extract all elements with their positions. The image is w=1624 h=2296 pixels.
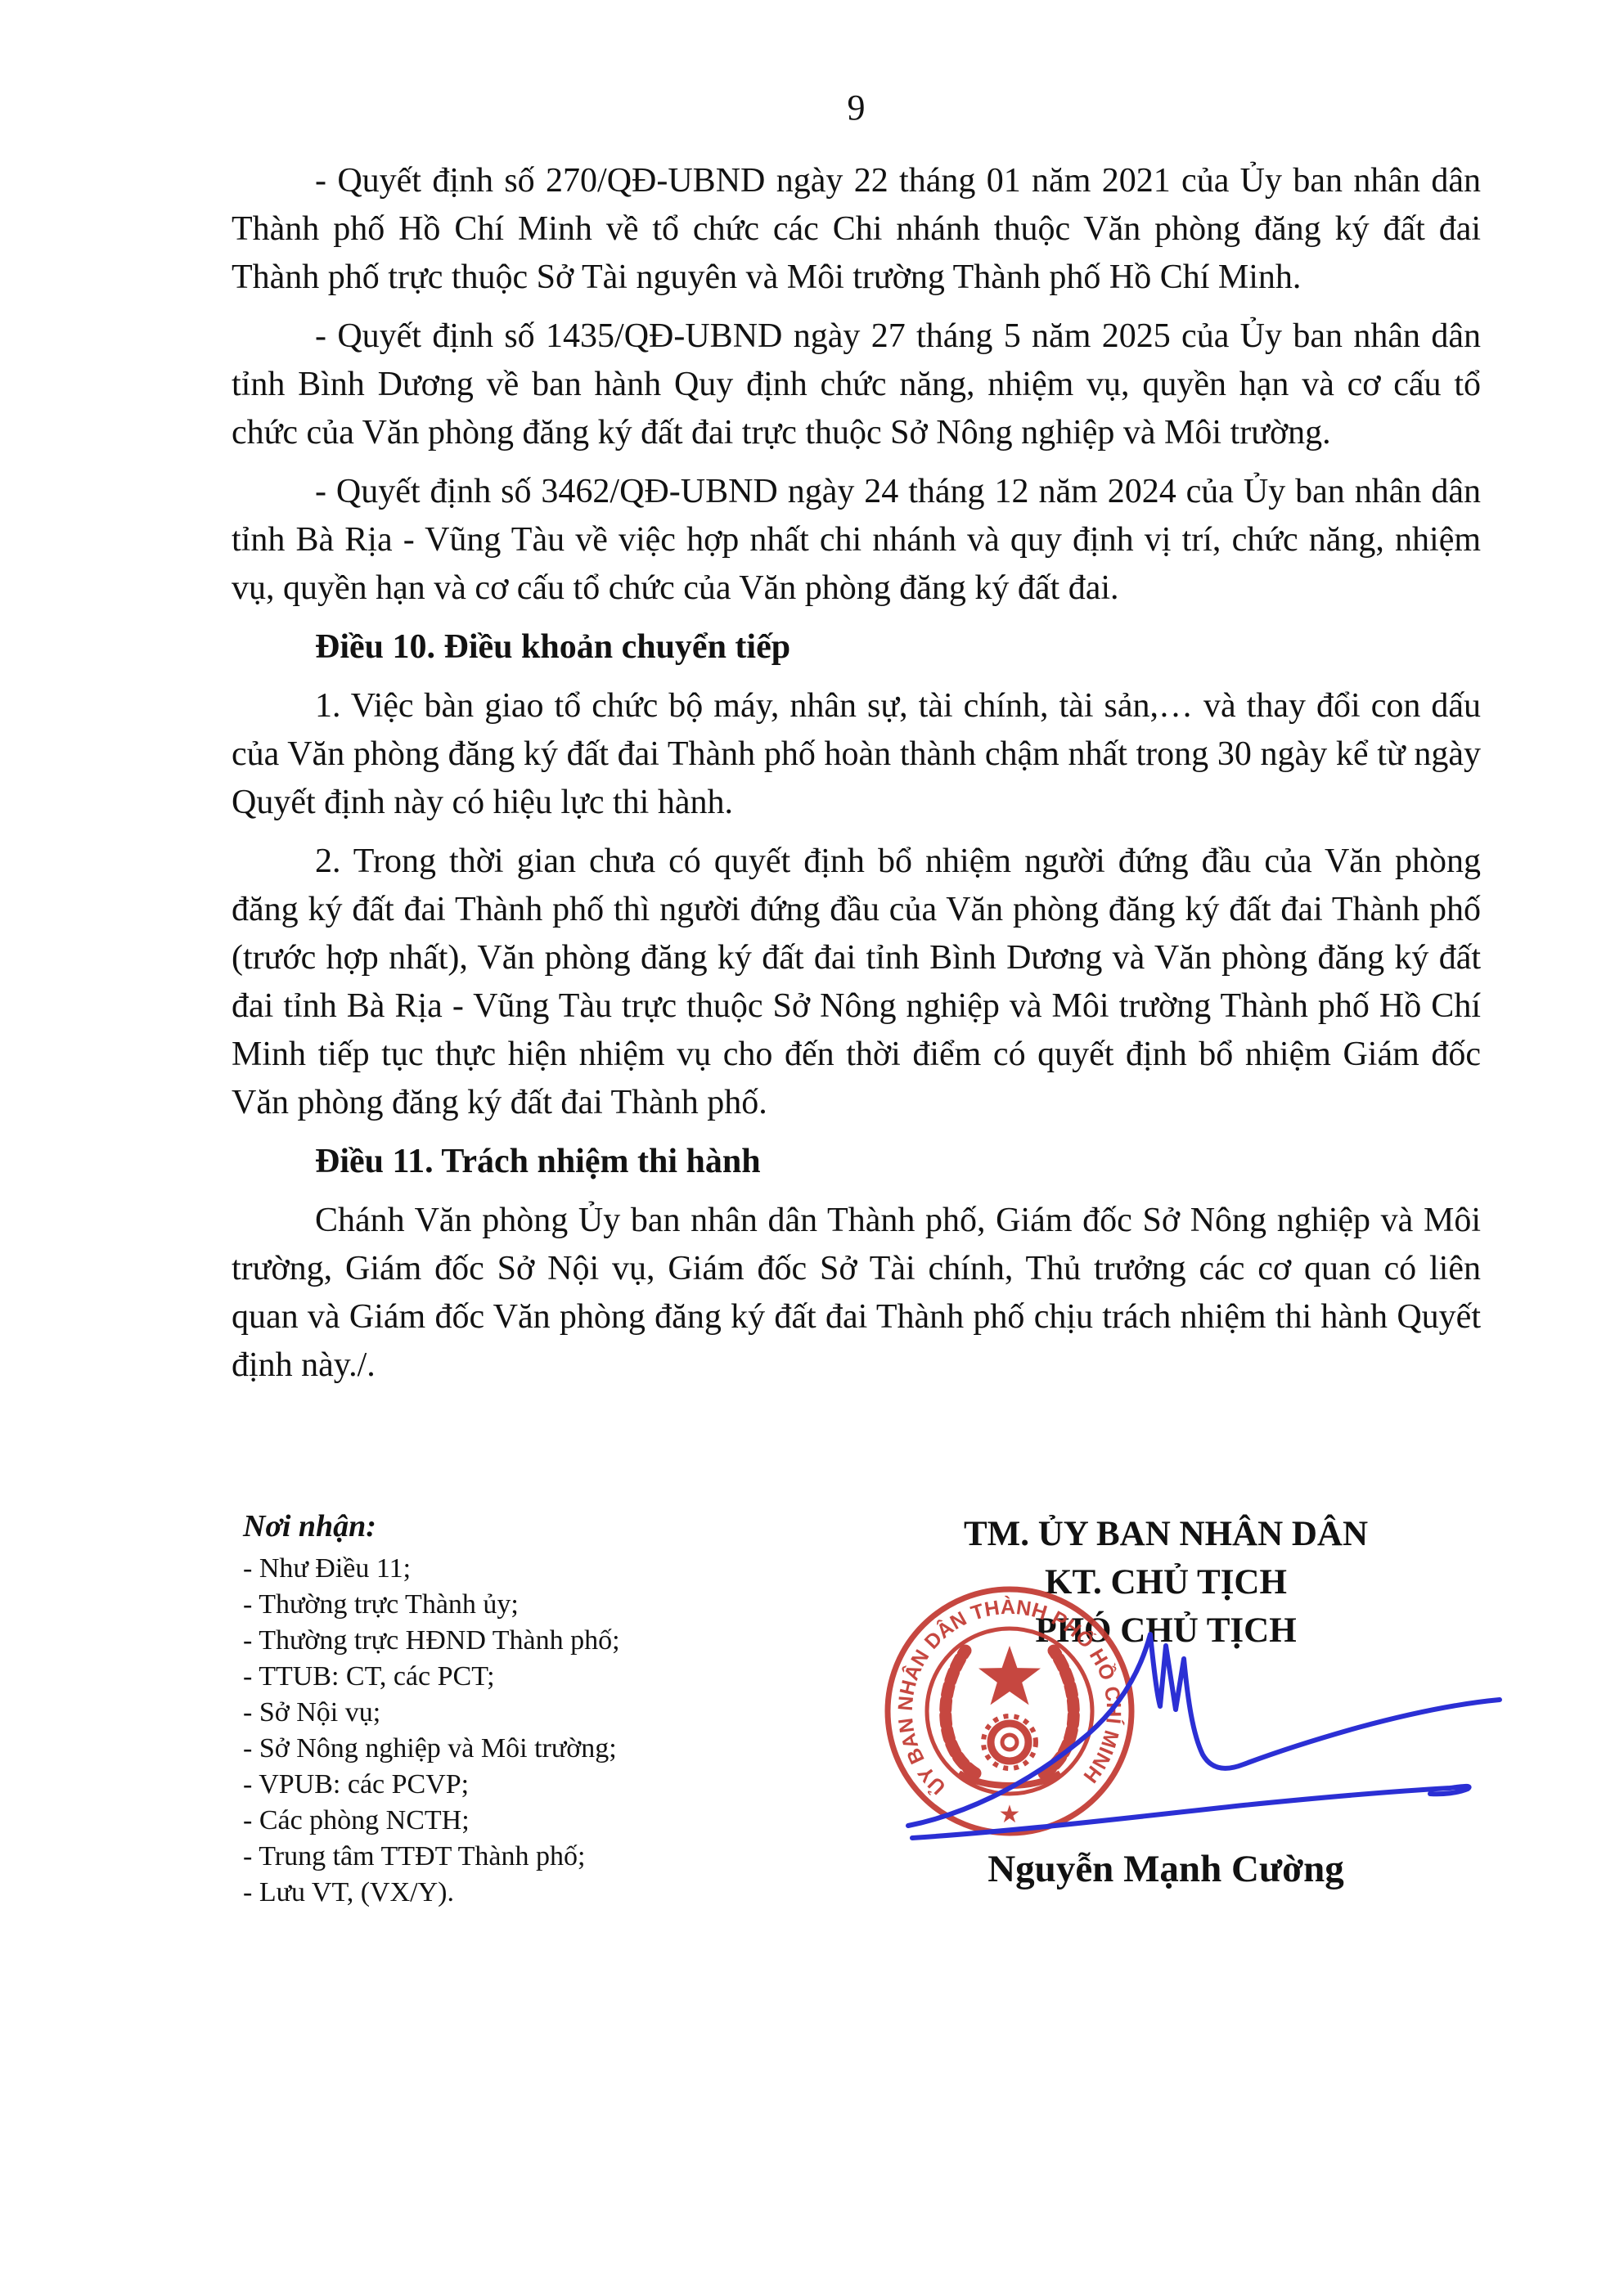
- recipient-item: - Sở Nông nghiệp và Môi trường;: [243, 1731, 783, 1767]
- recipient-item: - Lưu VT, (VX/Y).: [243, 1875, 783, 1911]
- paragraph-decision-1435: - Quyết định số 1435/QĐ-UBND ngày 27 thá…: [232, 312, 1481, 457]
- seal-emblem-gear: [991, 1723, 1028, 1761]
- page-number: 9: [232, 87, 1481, 128]
- paragraph-decision-3462: - Quyết định số 3462/QĐ-UBND ngày 24 thá…: [232, 468, 1481, 613]
- paragraph-article10-clause2: 2. Trong thời gian chưa có quyết định bổ…: [232, 838, 1481, 1127]
- recipient-item: - Thường trực HĐND Thành phố;: [243, 1623, 783, 1659]
- heading-article-11: Điều 11. Trách nhiệm thi hành: [232, 1138, 1481, 1186]
- seal-emblem-star-icon: [978, 1646, 1041, 1705]
- seal-emblem-wreath-left: [946, 1651, 975, 1773]
- paragraph-article11-body: Chánh Văn phòng Ủy ban nhân dân Thành ph…: [232, 1197, 1481, 1390]
- recipient-item: - Như Điều 11;: [243, 1551, 783, 1587]
- signer-name: Nguyễn Mạnh Cường: [826, 1847, 1505, 1891]
- recipients-title: Nơi nhận:: [243, 1508, 783, 1544]
- signing-authority-line1: TM. ỦY BAN NHÂN DÂN: [826, 1510, 1505, 1558]
- paragraph-article10-clause1: 1. Việc bàn giao tổ chức bộ máy, nhân sự…: [232, 682, 1481, 827]
- recipient-item: - Trung tâm TTĐT Thành phố;: [243, 1839, 783, 1875]
- recipients-list: Nơi nhận: - Như Điều 11; - Thường trực T…: [243, 1508, 783, 1911]
- paragraph-decision-270: - Quyết định số 270/QĐ-UBND ngày 22 thán…: [232, 157, 1481, 302]
- recipient-item: - TTUB: CT, các PCT;: [243, 1659, 783, 1695]
- recipient-item: - Thường trực Thành ủy;: [243, 1587, 783, 1623]
- recipient-item: - VPUB: các PCVP;: [243, 1767, 783, 1803]
- recipient-item: - Sở Nội vụ;: [243, 1695, 783, 1731]
- document-page: 9 - Quyết định số 270/QĐ-UBND ngày 22 th…: [0, 0, 1624, 2296]
- recipient-item: - Các phòng NCTH;: [243, 1803, 783, 1839]
- document-body: - Quyết định số 270/QĐ-UBND ngày 22 thán…: [232, 157, 1481, 1400]
- heading-article-10: Điều 10. Điều khoản chuyển tiếp: [232, 623, 1481, 672]
- signature-icon: [908, 1634, 1500, 1838]
- seal-bottom-star-icon: ★: [999, 1801, 1021, 1828]
- official-seal-icon: ỦY BAN NHÂN DÂN THÀNH PHỐ HỒ CHÍ MINH ★: [888, 1589, 1131, 1833]
